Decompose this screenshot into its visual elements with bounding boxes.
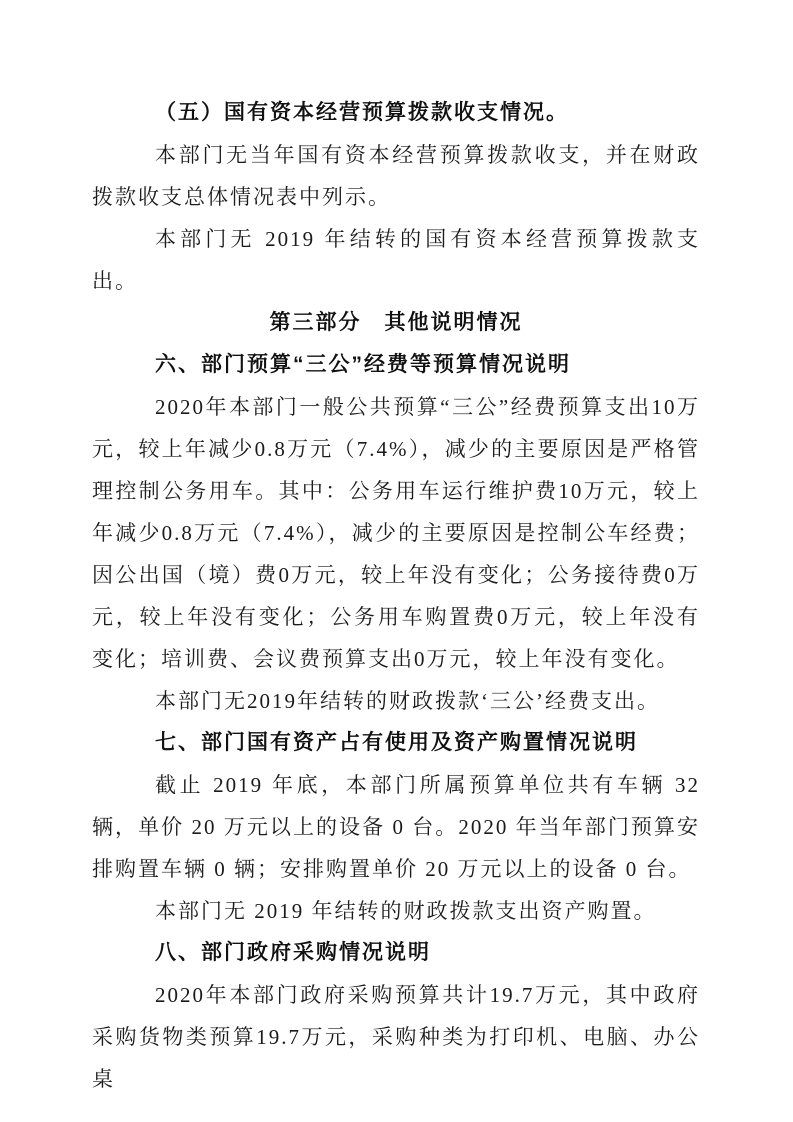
para-three-public-funds-detail: 2020年本部门一般公共预算“三公”经费预算支出10万元，较上年减少0.8万元（… xyxy=(92,386,700,680)
heading-state-assets: 七、部门国有资产占有使用及资产购置情况说明 xyxy=(92,722,700,764)
para-soe-no-current: 本部门无当年国有资本经营预算拨款收支，并在财政拨款收支总体情况表中列示。 xyxy=(92,134,700,218)
heading-procurement: 八、部门政府采购情况说明 xyxy=(92,932,700,974)
heading-three-public-funds: 六、部门预算“三公”经费等预算情况说明 xyxy=(92,344,700,386)
part-three-title: 第三部分 其他说明情况 xyxy=(92,302,700,344)
heading-soe-budget: （五）国有资本经营预算拨款收支情况。 xyxy=(92,92,700,134)
document-page: （五）国有资本经营预算拨款收支情况。 本部门无当年国有资本经营预算拨款收支，并在… xyxy=(0,0,793,1122)
para-state-assets-detail: 截止 2019 年底，本部门所属预算单位共有车辆 32 辆，单价 20 万元以上… xyxy=(92,764,700,890)
para-soe-no-carryover: 本部门无 2019 年结转的国有资本经营预算拨款支出。 xyxy=(92,218,700,302)
document-body: （五）国有资本经营预算拨款收支情况。 本部门无当年国有资本经营预算拨款收支，并在… xyxy=(92,92,700,1100)
para-assets-no-carryover: 本部门无 2019 年结转的财政拨款支出资产购置。 xyxy=(92,890,700,932)
para-three-public-no-carryover: 本部门无2019年结转的财政拨款‘三公’经费支出。 xyxy=(92,680,700,722)
para-procurement-detail: 2020年本部门政府采购预算共计19.7万元，其中政府采购货物类预算19.7万元… xyxy=(92,974,700,1100)
